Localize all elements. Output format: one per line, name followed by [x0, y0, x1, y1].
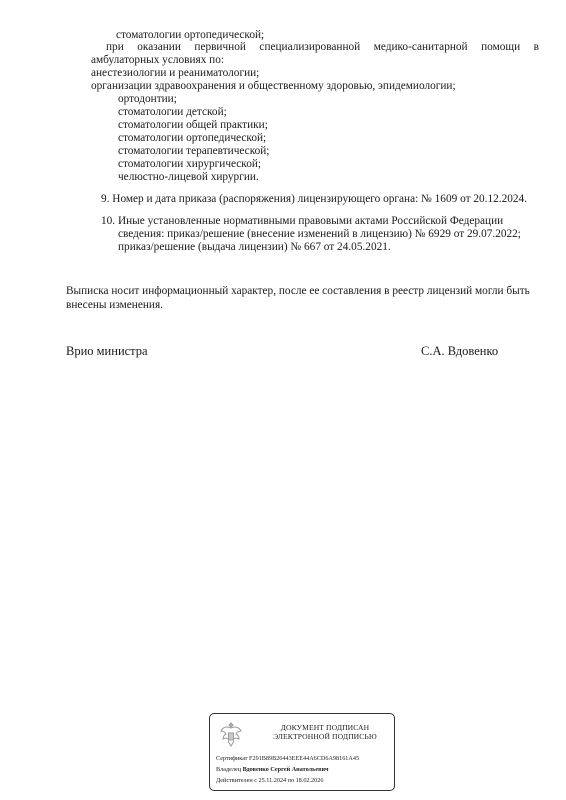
electronic-signature-stamp: ДОКУМЕНТ ПОДПИСАН ЭЛЕКТРОННОЙ ПОДПИСЬЮ С…: [209, 713, 395, 791]
list-item: стоматологии общей практики;: [118, 119, 268, 132]
item-10-line3: приказ/решение (выдача лицензии) № 667 о…: [118, 241, 391, 254]
validity-value: с 25.11.2024 по 18.02.2026: [254, 777, 323, 784]
list-item: челюстно-лицевой хирургии.: [118, 171, 259, 184]
section-intro-line1: при оказании первичной специализированно…: [106, 41, 539, 54]
signatory-name: С.А. Вдовенко: [421, 345, 498, 358]
certificate-value: F291B89B26443EEE44A6CD6A98161A45: [249, 755, 359, 762]
stamp-validity: Действителен с 25.11.2024 по 18.02.2026: [216, 777, 323, 785]
stamp-certificate: Сертификат F291B89B26443EEE44A6CD6A98161…: [216, 755, 359, 763]
section-intro-line2: амбулаторных условиях по:: [91, 54, 224, 67]
signatory-position: Врио министра: [66, 345, 148, 358]
list-item: организации здравоохранения и общественн…: [91, 80, 456, 93]
disclaimer-line2: внесены изменения.: [66, 299, 163, 312]
stamp-title: ДОКУМЕНТ ПОДПИСАН ЭЛЕКТРОННОЙ ПОДПИСЬЮ: [260, 723, 390, 741]
item-9: 9. Номер и дата приказа (распоряжения) л…: [101, 193, 527, 206]
stamp-owner: Владелец Вдовенко Сергей Анатольевич: [216, 766, 329, 774]
list-item: стоматологии терапевтической;: [118, 145, 269, 158]
stamp-title-line1: ДОКУМЕНТ ПОДПИСАН: [260, 723, 390, 732]
item-10-line2: сведения: приказ/решение (внесение измен…: [118, 228, 521, 241]
stamp-title-line2: ЭЛЕКТРОННОЙ ПОДПИСЬЮ: [260, 732, 390, 741]
list-item: ортодонтии;: [118, 93, 177, 106]
coat-of-arms-icon: [219, 720, 243, 750]
list-item: стоматологии ортопедической;: [118, 132, 266, 145]
list-item: анестезиологии и реаниматологии;: [91, 67, 259, 80]
list-item: стоматологии детской;: [118, 106, 227, 119]
item-10-line1: 10. Иные установленные нормативными прав…: [101, 215, 503, 228]
list-item: стоматологии хирургической;: [118, 158, 261, 171]
owner-value: Вдовенко Сергей Анатольевич: [243, 766, 329, 773]
disclaimer-line1: Выписка носит информационный характер, п…: [66, 285, 530, 298]
